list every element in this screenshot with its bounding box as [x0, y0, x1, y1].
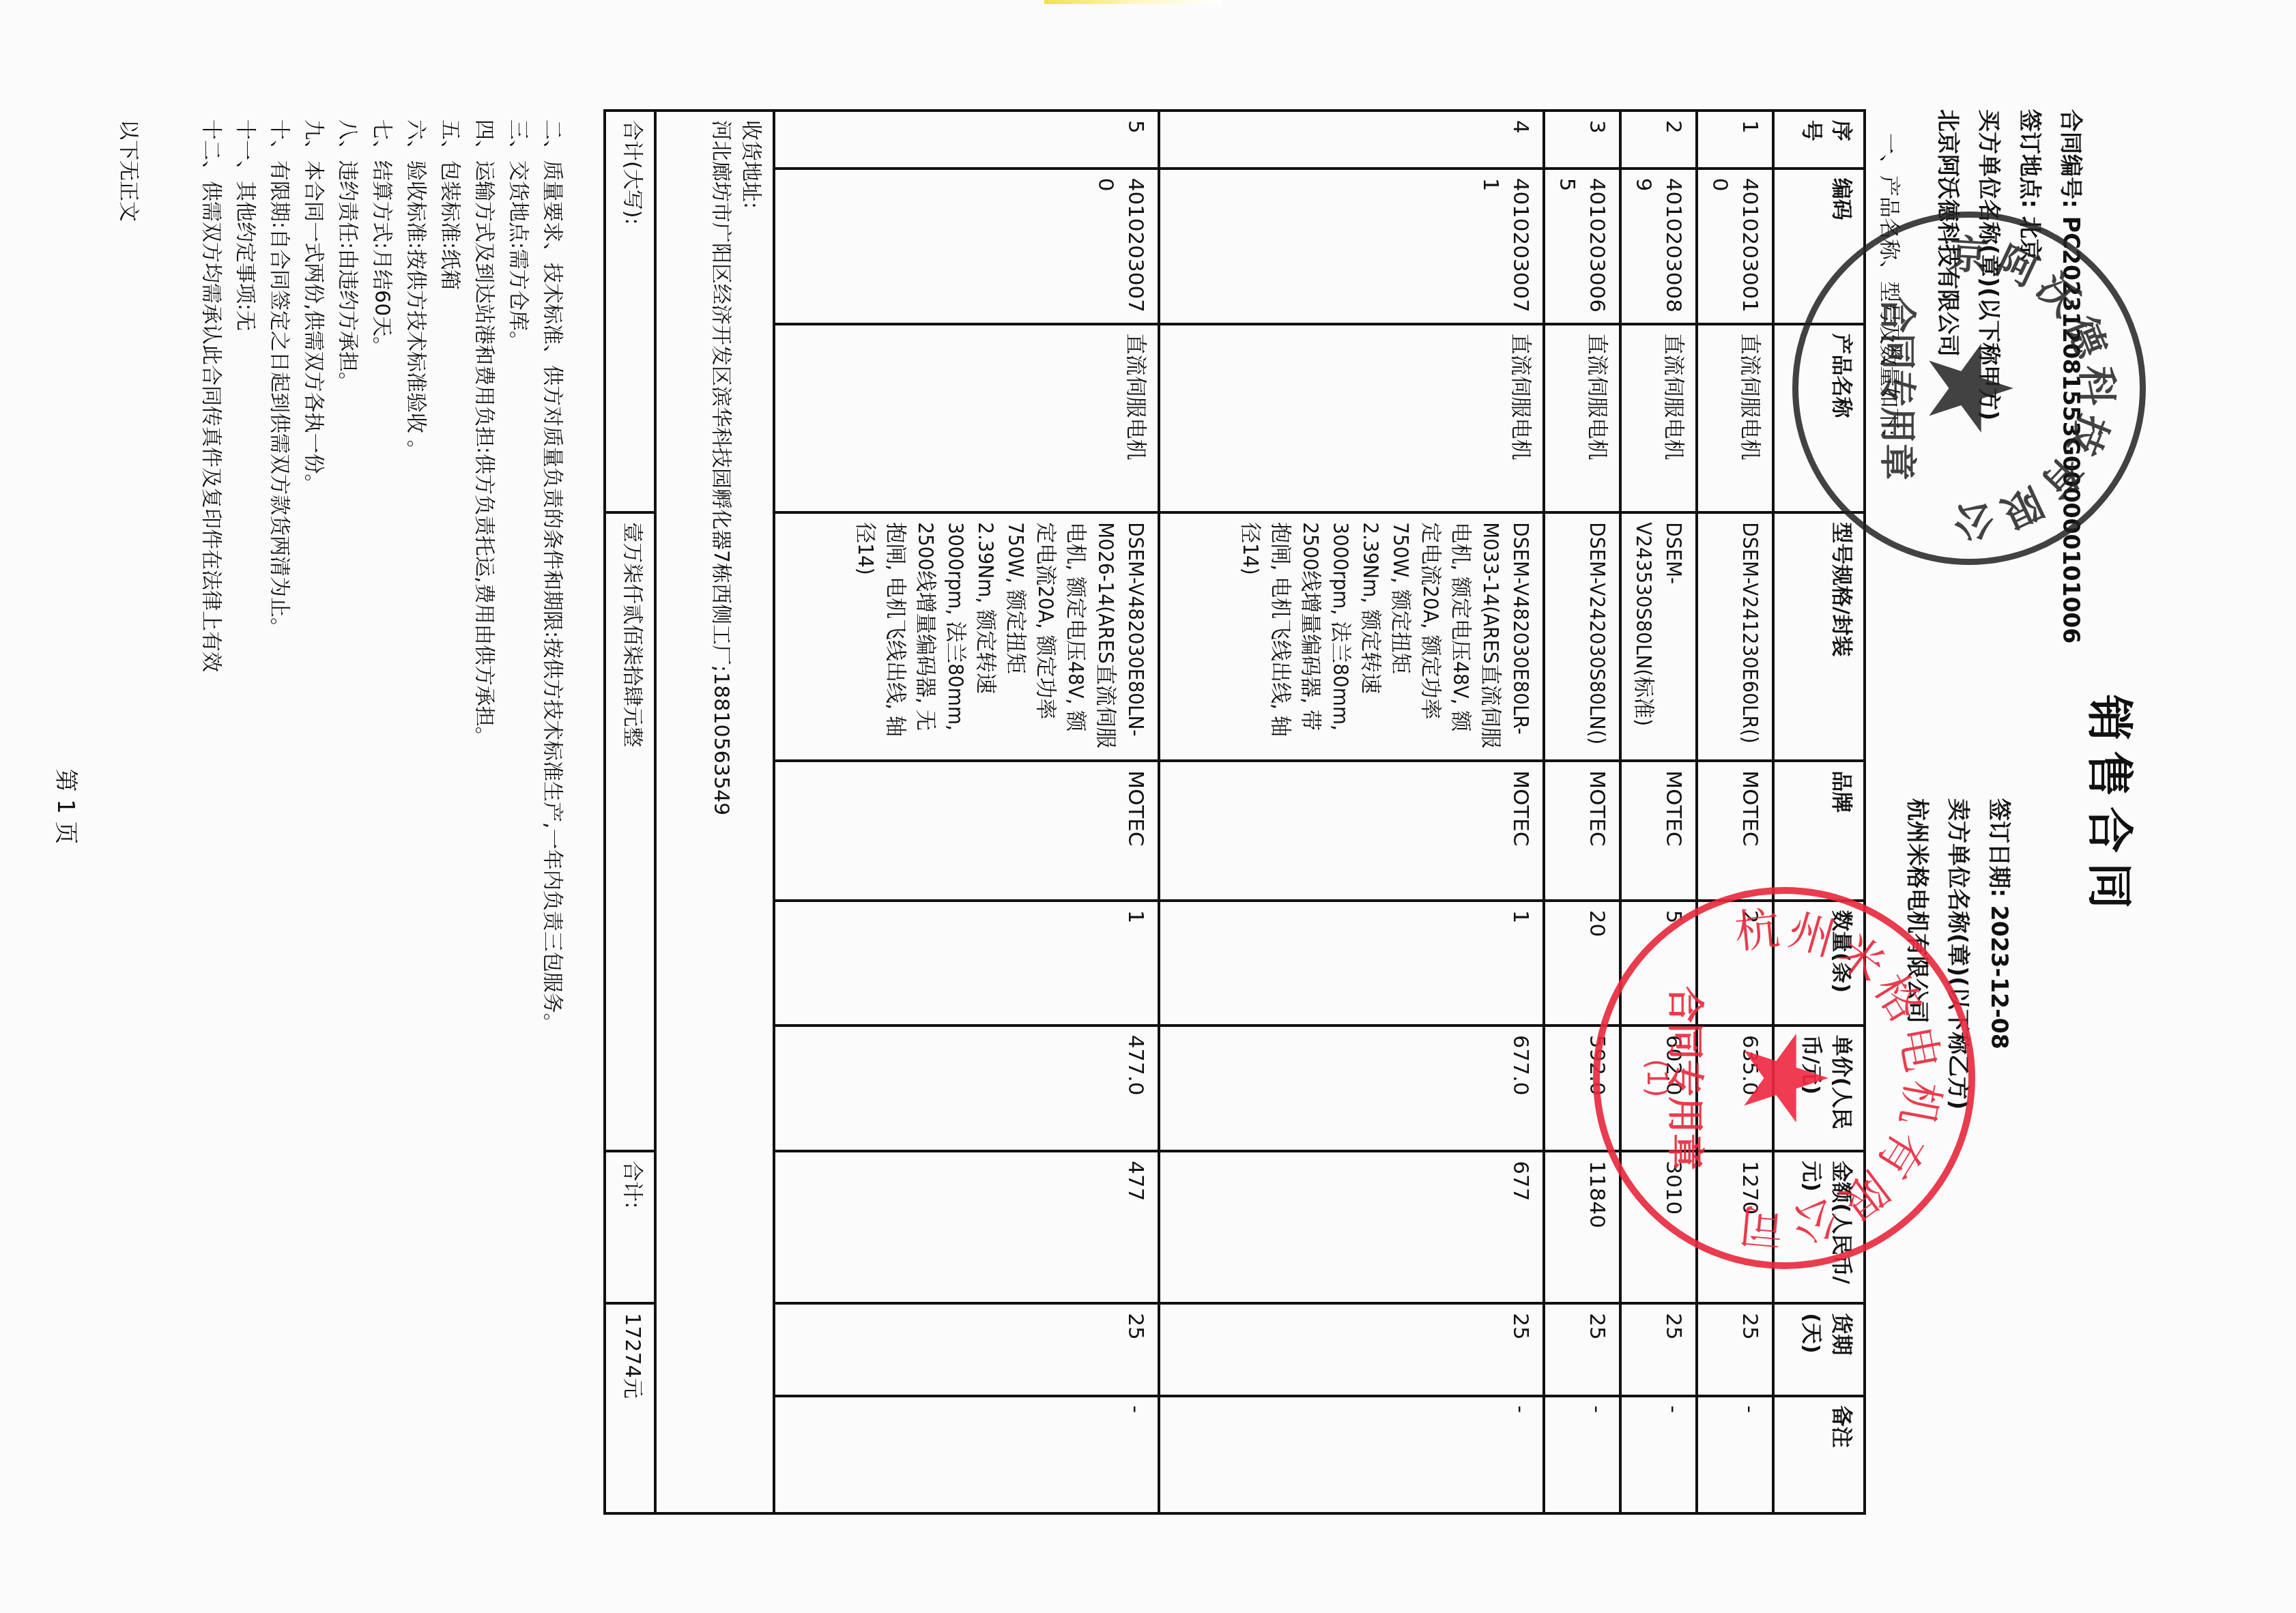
cell-note: - [1620, 1396, 1697, 1513]
col-header-brand: 品牌 [1773, 761, 1865, 901]
sign-date: 签订日期: 2023-12-08 [1979, 798, 2020, 1109]
seller-seal: 杭州米格电机有限公司 ★ 合同专用章 (1) [1593, 887, 1975, 1269]
cell-brand: MOTEC [1544, 761, 1620, 901]
cell-spec: DSEM-V242030S80LN() [1544, 512, 1620, 761]
product-table: 序号 编码 产品名称 型号规格/封装 品牌 数量(条) 单价(人民币/元) 金额… [603, 109, 1866, 1515]
seller-seal-index: (1) [1641, 894, 1672, 1262]
total-value: 17274元 [605, 1303, 655, 1513]
cell-spec: DSEM-V243530S80LN(标准) [1620, 512, 1697, 761]
cell-days: 25 [1159, 1303, 1544, 1396]
table-row: 54010203007 0直流伺服电机DSEM-V482030E80LN-M02… [774, 111, 1159, 1513]
address-row: 收货地址: 河北廊坊市广阳区经济开发区滨华科技园孵化器7栋西侧工厂;188105… [655, 111, 774, 1513]
cell-spec: DSEM-V241230E60LR() [1697, 512, 1773, 761]
cell-amount: 677 [1159, 1151, 1544, 1303]
cell-price: 677.0 [1159, 1026, 1544, 1151]
cell-no: 3 [1544, 111, 1620, 169]
cell-qty: 1 [1159, 901, 1544, 1026]
address-cell: 收货地址: 河北廊坊市广阳区经济开发区滨华科技园孵化器7栋西侧工厂;188105… [655, 111, 774, 1513]
cell-code: 4010203007 1 [1159, 169, 1544, 324]
cell-code: 4010203006 5 [1544, 169, 1620, 324]
col-header-no: 序号 [1773, 111, 1865, 169]
cell-name: 直流伺服电机 [1159, 324, 1544, 513]
cell-brand: MOTEC [1697, 761, 1773, 901]
clause-item: 二、质量要求、技术标准、供方对质量负责的条件和期限:按供方技术标准生产,一年内负… [535, 119, 569, 1034]
cell-code: 4010203008 9 [1620, 169, 1697, 324]
cell-amount: 477 [774, 1151, 1159, 1303]
cell-name: 直流伺服电机 [774, 324, 1159, 513]
total-row: 合计(大写): 壹万柒仟贰佰柒拾肆元整 合计: 17274元 [605, 111, 655, 1513]
cell-name: 直流伺服电机 [1544, 324, 1620, 513]
cell-no: 4 [1159, 111, 1544, 169]
address-label: 收货地址: [736, 120, 766, 1504]
clause-item: 五、包装标准:纸箱 [433, 119, 467, 1034]
cell-name: 直流伺服电机 [1620, 324, 1697, 513]
table-row: 34010203006 5直流伺服电机DSEM-V242030S80LN()MO… [1544, 111, 1620, 1513]
page-number: 第 1 页 [51, 0, 85, 1613]
buyer-seal-ring-text: 北京阿沃德科技有限公司 [1798, 218, 2140, 559]
clause-item: 十一、其他约定事项:无 [228, 119, 262, 1034]
cell-code: 4010203007 0 [774, 169, 1159, 324]
cell-brand: MOTEC [1620, 761, 1697, 901]
svg-text:北京阿沃德科技有限公司: 北京阿沃德科技有限公司 [1947, 218, 2140, 546]
clause-item: 四、运输方式及到达站港和费用负担:供方负责托运,费用由供方承担。 [467, 119, 501, 1034]
cell-no: 2 [1620, 111, 1697, 169]
cell-name: 直流伺服电机 [1697, 324, 1773, 513]
buyer-seal-sub: 合同专用章 [1874, 218, 1926, 559]
clause-item: 九、本合同一式两份,供需双方各执一份。 [296, 119, 330, 1034]
cell-days: 25 [774, 1303, 1159, 1396]
cell-spec: DSEM-V482030E80LN-M026-14(ARES直流伺服电机, 额定… [774, 512, 1159, 761]
col-header-remarks: 备注 [1773, 1396, 1865, 1513]
table-row: 14010203001 0直流伺服电机DSEM-V241230E60LR()MO… [1697, 111, 1773, 1513]
contract-clauses: 二、质量要求、技术标准、供方对质量负责的条件和期限:按供方技术标准生产,一年内负… [194, 119, 569, 1034]
clause-item: 三、交货地点:需方仓库。 [501, 119, 535, 1034]
cell-days: 25 [1697, 1303, 1773, 1396]
cell-brand: MOTEC [1159, 761, 1544, 901]
cell-spec: DSEM-V482030E80LR-M033-14(ARES直流伺服电机, 额定… [1159, 512, 1544, 761]
end-note: 以下无正文 [116, 119, 146, 222]
clause-item: 八、违约责任:由违约方承担。 [330, 119, 364, 1034]
cell-days: 25 [1620, 1303, 1697, 1396]
cell-code: 4010203001 0 [1697, 169, 1773, 324]
buyer-seal: 北京阿沃德科技有限公司 ★ 合同专用章 [1792, 212, 2146, 565]
total-label: 合计: [605, 1151, 655, 1303]
cell-days: 25 [1544, 1303, 1620, 1396]
table-row: 24010203008 9直流伺服电机DSEM-V243530S80LN(标准)… [1620, 111, 1697, 1513]
cell-no: 5 [774, 111, 1159, 169]
contract-page: 销售合同 合同编号: PC202312081553G000000101006 签… [0, 0, 2296, 1613]
address-value: 河北廊坊市广阳区经济开发区滨华科技园孵化器7栋西侧工厂;18810563549 [706, 120, 736, 1504]
cell-qty: 1 [774, 901, 1159, 1026]
cell-note: - [1697, 1396, 1773, 1513]
table-row: 44010203007 1直流伺服电机DSEM-V482030E80LR-M03… [1159, 111, 1544, 1513]
cell-note: - [774, 1396, 1159, 1513]
cell-no: 1 [1697, 111, 1773, 169]
total-upper-label: 合计(大写): [605, 111, 655, 512]
col-header-delivery: 货期(天) [1773, 1303, 1865, 1396]
svg-text:杭州米格电机有限公司: 杭州米格电机有限公司 [1732, 902, 1949, 1254]
total-upper-value: 壹万柒仟贰佰柒拾肆元整 [605, 512, 655, 1151]
cell-brand: MOTEC [774, 761, 1159, 901]
clause-item: 十二、供需双方均需承认此合同传真件及复印件在法律上有效 [194, 119, 228, 1034]
cell-note: - [1544, 1396, 1620, 1513]
cell-note: - [1159, 1396, 1544, 1513]
clause-item: 六、验收标准:按供方技术标准验收 。 [399, 119, 433, 1034]
clause-item: 七、结算方式:月结60天。 [364, 119, 399, 1034]
clause-item: 十、有限期:自合同签定之日起到供需双方款货两清为止。 [262, 119, 296, 1034]
cell-price: 477.0 [774, 1026, 1159, 1151]
